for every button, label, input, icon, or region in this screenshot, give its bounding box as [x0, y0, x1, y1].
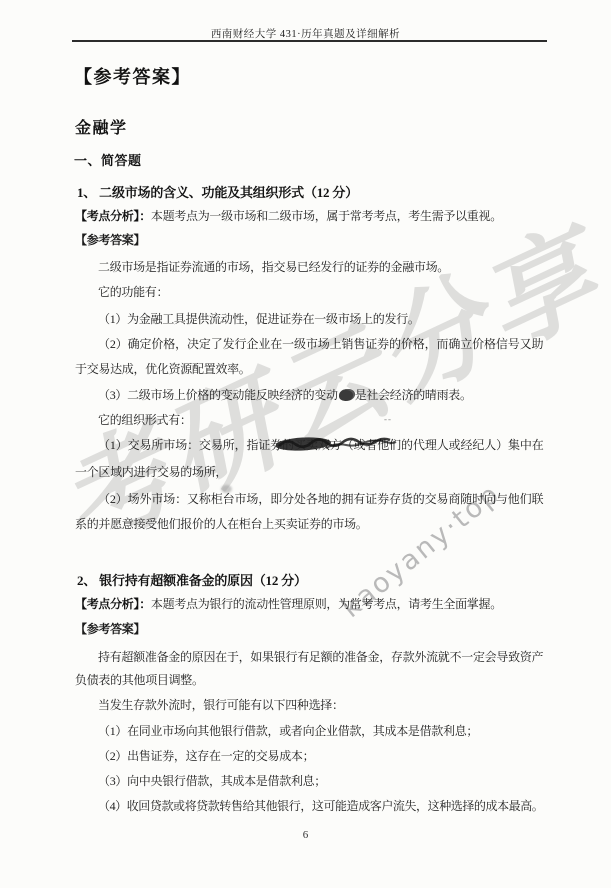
section-heading: 一、简答题 — [74, 150, 142, 169]
ink-blot — [339, 389, 355, 401]
q1-line-org-2b: 系的并愿意接受他们报价的人在柜台上买卖证券的市场。 — [75, 516, 368, 532]
q2-analysis-label: 【考点分析】： — [75, 597, 151, 611]
q1-line-functions-intro: 它的功能有： — [98, 284, 168, 300]
q1-org-1-text: （1）交易所市场：交易所，指证券的买卖双方（或者他们的代理人或经纪人）集中在 — [98, 438, 543, 452]
q1-analysis-label: 【考点分析】： — [75, 209, 151, 223]
scan-artifact-dash: -- — [384, 414, 392, 424]
q2-analysis: 【考点分析】：本题考点为银行的流动性管理原则，为常考考点，请考生全面掌握。 — [75, 596, 502, 612]
page-title: 【参考答案】 — [74, 63, 191, 89]
q1-line-function-2a: （2）确定价格，决定了发行企业在一级市场上销售证券的价格，而确立价格信号又助 — [98, 336, 543, 352]
q2-line-choice-3: （3）向中央银行借款，其成本是借款利息； — [98, 773, 326, 789]
q1-analysis: 【考点分析】：本题考点为一级市场和二级市场，属于常考考点，考生需予以重视。 — [75, 208, 502, 224]
q1-line-function-3: （3）二级市场上价格的变动能反映经济的变动是社会经济的晴雨表。 — [98, 387, 472, 403]
q2-line-choice-4: （4）收回贷款或将贷款转售给其他银行，这可能造成客户流失，这种选择的成本最高。 — [98, 798, 543, 814]
document-page: 考研云分享 kaoyany·top 西南财经大学 431·历年真题及详细解析 【… — [0, 0, 611, 888]
q1-function-3-pre: （3）二级市场上价格的变动能反映经济的变动 — [98, 388, 338, 402]
q2-line-reason-a: 持有超额准备金的原因在于，如果银行有足额的准备金，存款外流就不一定会导致资产 — [98, 649, 543, 665]
subject-heading: 金融学 — [75, 115, 128, 138]
header-rule — [72, 40, 547, 42]
q1-function-3-post: 是社会经济的晴雨表。 — [355, 388, 472, 402]
q2-line-choice-1: （1）在同业市场向其他银行借款，或者向企业借款，其成本是借款利息； — [98, 723, 478, 739]
q2-answer-label: 【参考答案】 — [75, 621, 145, 637]
q2-analysis-text: 本题考点为银行的流动性管理原则，为常考考点，请考生全面掌握。 — [151, 597, 502, 611]
q1-line-org-intro: 它的组织形式有： — [98, 412, 192, 428]
page-number: 6 — [0, 829, 611, 841]
q1-analysis-text: 本题考点为一级市场和二级市场，属于常考考点，考生需予以重视。 — [151, 209, 502, 223]
q1-line-definition: 二级市场是指证券流通的市场，指交易已经发行的证券的金融市场。 — [98, 259, 449, 275]
q1-title: 1、 二级市场的含义、功能及其组织形式（12 分） — [77, 182, 358, 201]
q2-line-choices-intro: 当发生存款外流时，银行可能有以下四种选择： — [98, 697, 344, 713]
q1-answer-label: 【参考答案】 — [75, 232, 145, 248]
running-header: 西南财经大学 431·历年真题及详细解析 — [0, 26, 611, 41]
q1-line-org-1a: （1）交易所市场：交易所，指证券的买卖双方（或者他们的代理人或经纪人）集中在 — [98, 437, 543, 453]
q2-line-reason-b: 负债表的其他项目调整。 — [75, 672, 204, 688]
q2-line-choice-2: （2）出售证券，这存在一定的交易成本； — [98, 748, 314, 764]
q2-title: 2、 银行持有超额准备金的原因（12 分） — [77, 570, 307, 589]
q1-line-function-2b: 于交易达成，优化资源配置效率。 — [75, 361, 251, 377]
q1-line-org-2a: （2）场外市场：又称柜台市场，即分处各地的拥有证券存货的交易商随时向与他们联 — [98, 491, 543, 507]
q1-line-org-1b: 一个区域内进行交易的场所， — [75, 464, 227, 480]
q1-line-function-1: （1）为金融工具提供流动性，促进证券在一级市场上的发行。 — [98, 311, 420, 327]
